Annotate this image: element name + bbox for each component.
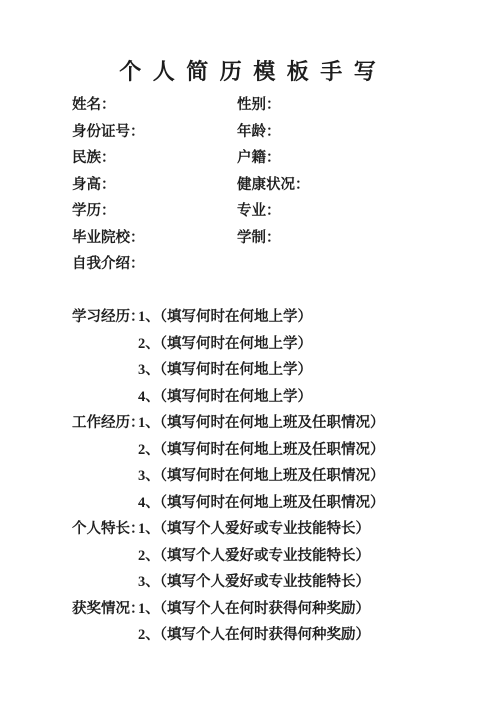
awards-label: 获奖情况： [72, 596, 138, 649]
list-item: 4、（填写何时在何地上班及任职情况） [138, 490, 496, 517]
info-row-id-age: 身份证号： 年龄： [72, 119, 496, 146]
major-label: 专业： [237, 198, 496, 225]
self-introduction-label: 自我介绍： [72, 251, 237, 278]
study-experience-label: 学习经历： [72, 304, 138, 410]
section-study-experience: 学习经历： 1、（填写何时在何地上学） 2、（填写何时在何地上学） 3、（填写何… [72, 304, 496, 410]
list-item: 2、（填写个人在何时获得何种奖励） [138, 622, 496, 649]
school-system-label: 学制： [237, 225, 496, 252]
education-level-label: 学历： [72, 198, 237, 225]
list-item: 3、（填写个人爱好或专业技能特长） [138, 569, 496, 596]
id-number-label: 身份证号： [72, 119, 237, 146]
awards-items: 1、（填写个人在何时获得何种奖励） 2、（填写个人在何时获得何种奖励） [138, 596, 496, 649]
basic-info-block: 姓名： 性别： 身份证号： 年龄： 民族： 户籍： 身高： 健康状况： 学历： … [72, 92, 496, 278]
list-item: 2、（填写何时在何地上班及任职情况） [138, 437, 496, 464]
gender-label: 性别： [237, 92, 496, 119]
section-awards: 获奖情况： 1、（填写个人在何时获得何种奖励） 2、（填写个人在何时获得何种奖励… [72, 596, 496, 649]
page-title: 个 人 简 历 模 板 手 写 [0, 55, 496, 86]
sections-block: 学习经历： 1、（填写何时在何地上学） 2、（填写何时在何地上学） 3、（填写何… [72, 304, 496, 649]
ethnicity-label: 民族： [72, 145, 237, 172]
age-label: 年龄： [237, 119, 496, 146]
list-item: 2、（填写何时在何地上学） [138, 331, 496, 358]
name-label: 姓名： [72, 92, 237, 119]
graduation-school-label: 毕业院校： [72, 225, 237, 252]
section-personal-strengths: 个人特长： 1、（填写个人爱好或专业技能特长） 2、（填写个人爱好或专业技能特长… [72, 516, 496, 596]
health-status-label: 健康状况： [237, 172, 496, 199]
work-experience-items: 1、（填写何时在何地上班及任职情况） 2、（填写何时在何地上班及任职情况） 3、… [138, 410, 496, 516]
info-row-self-introduction: 自我介绍： [72, 251, 496, 278]
resume-template-document: 个 人 简 历 模 板 手 写 姓名： 性别： 身份证号： 年龄： 民族： 户籍… [0, 0, 496, 702]
list-item: 1、（填写个人在何时获得何种奖励） [138, 596, 496, 623]
height-label: 身高： [72, 172, 237, 199]
list-item: 4、（填写何时在何地上学） [138, 384, 496, 411]
info-row-height-health: 身高： 健康状况： [72, 172, 496, 199]
list-item: 3、（填写何时在何地上学） [138, 357, 496, 384]
personal-strengths-label: 个人特长： [72, 516, 138, 596]
work-experience-label: 工作经历： [72, 410, 138, 516]
list-item: 2、（填写个人爱好或专业技能特长） [138, 543, 496, 570]
list-item: 1、（填写何时在何地上学） [138, 304, 496, 331]
info-row-education-major: 学历： 专业： [72, 198, 496, 225]
document-body: 姓名： 性别： 身份证号： 年龄： 民族： 户籍： 身高： 健康状况： 学历： … [72, 92, 496, 649]
list-item: 1、（填写个人爱好或专业技能特长） [138, 516, 496, 543]
household-registration-label: 户籍： [237, 145, 496, 172]
list-item: 3、（填写何时在何地上班及任职情况） [138, 463, 496, 490]
list-item: 1、（填写何时在何地上班及任职情况） [138, 410, 496, 437]
info-row-ethnicity-residence: 民族： 户籍： [72, 145, 496, 172]
study-experience-items: 1、（填写何时在何地上学） 2、（填写何时在何地上学） 3、（填写何时在何地上学… [138, 304, 496, 410]
personal-strengths-items: 1、（填写个人爱好或专业技能特长） 2、（填写个人爱好或专业技能特长） 3、（填… [138, 516, 496, 596]
info-row-school-system: 毕业院校： 学制： [72, 225, 496, 252]
section-work-experience: 工作经历： 1、（填写何时在何地上班及任职情况） 2、（填写何时在何地上班及任职… [72, 410, 496, 516]
info-row-name-gender: 姓名： 性别： [72, 92, 496, 119]
